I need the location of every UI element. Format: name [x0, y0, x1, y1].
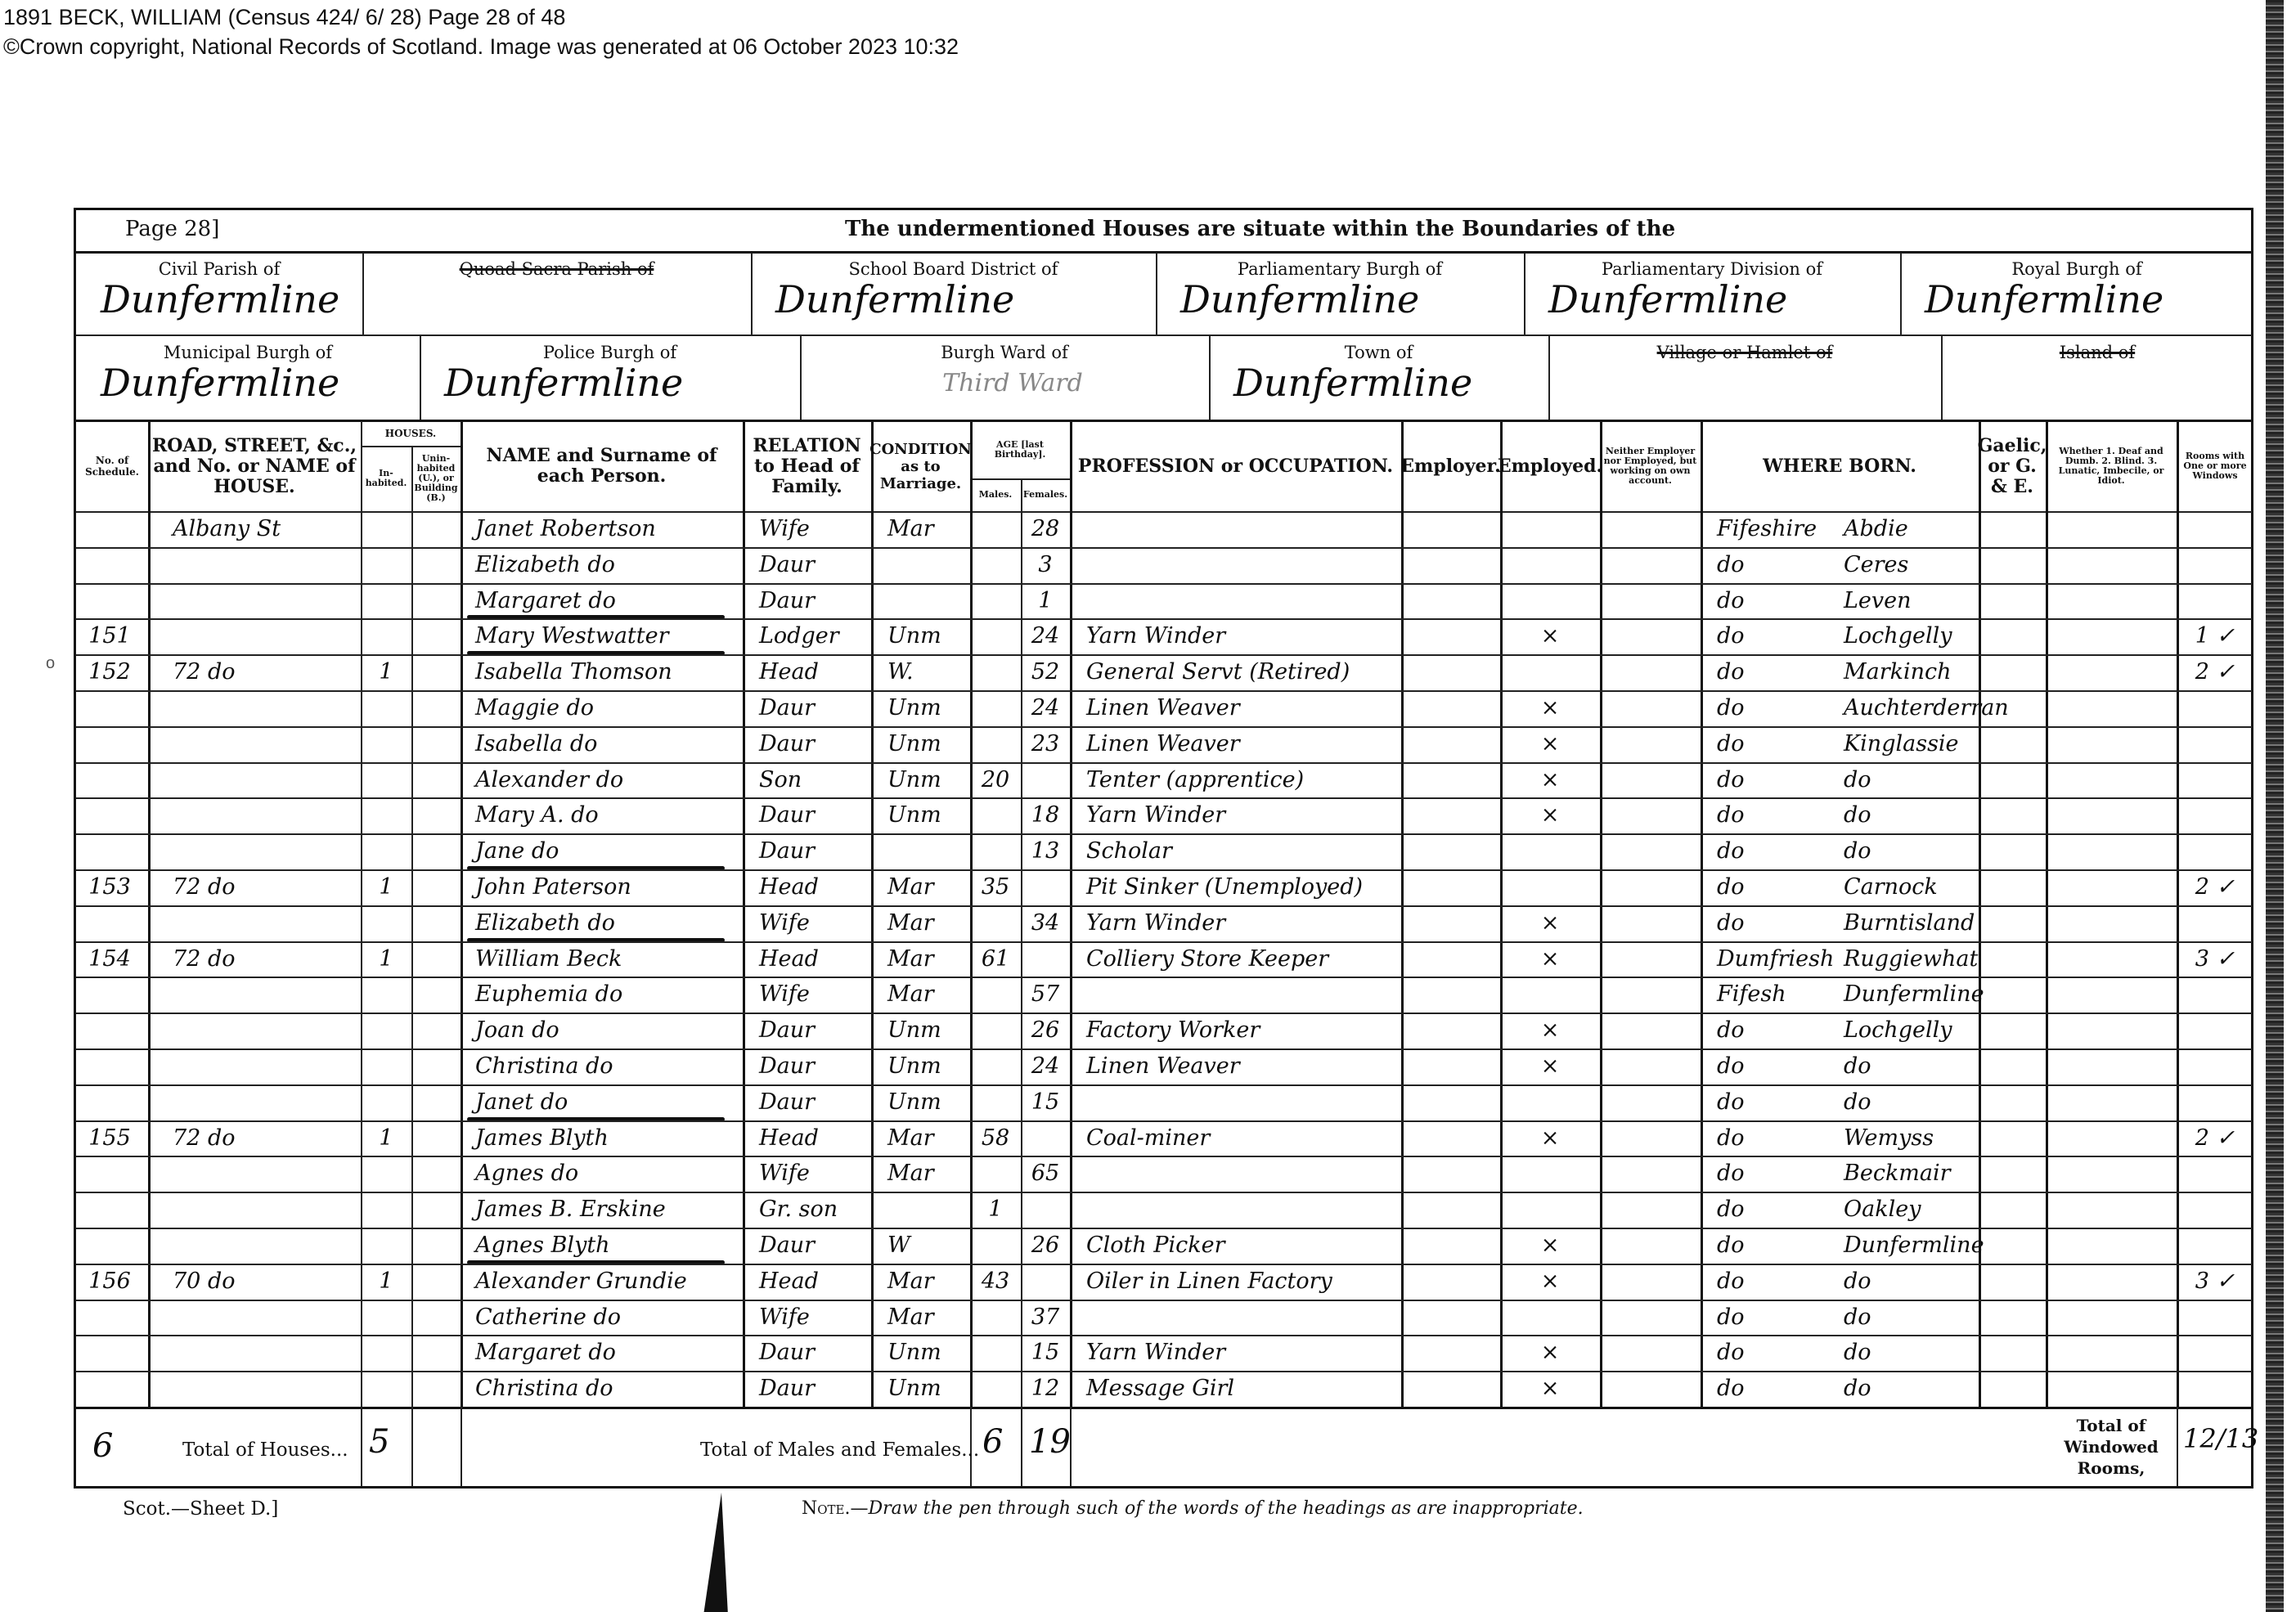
table-row: 15472 do1William BeckHeadMar61Colliery S…	[76, 941, 2252, 977]
boundary-label-0: Civil Parish of	[76, 259, 362, 279]
cell-female-age: 3	[1021, 547, 1070, 583]
cell-relation: Son	[759, 762, 879, 798]
row-rule	[76, 1156, 2252, 1157]
table-row: 15372 do1John PatersonHeadMar35Pit Sinke…	[76, 869, 2252, 905]
cell-born-parish: do	[1844, 1048, 1983, 1084]
row-rule	[76, 1048, 2252, 1050]
rule	[76, 335, 2252, 336]
column-header-road: ROAD, STREET, &c., and No. or NAME of HO…	[148, 421, 361, 511]
total-rooms: 12/13	[2183, 1423, 2258, 1454]
cell-relation: Daur	[759, 1084, 879, 1120]
boundary-label-5: Island of	[1941, 343, 2253, 362]
cell-road: 70 do	[173, 1264, 369, 1300]
cell-employed: ×	[1500, 1048, 1600, 1084]
row-rule	[76, 1228, 2252, 1229]
cell-born-county: Fifeshire	[1717, 511, 1840, 547]
page-label: Page 28]	[125, 217, 219, 241]
cell-female-age: 52	[1021, 654, 1070, 690]
cell-born-parish: Lochgelly	[1844, 618, 1983, 654]
column-divider	[148, 421, 151, 1407]
cell-female-age: 28	[1021, 511, 1070, 547]
cell-condition: Unm	[887, 690, 978, 726]
cell-relation: Gr. son	[759, 1192, 879, 1228]
column-header-relation: RELATION to Head of Family.	[743, 421, 871, 511]
table-row: Maggie doDaurUnm24Linen Weaver×doAuchter…	[76, 690, 2252, 726]
table-row: Christina doDaurUnm12Message Girl×dodo	[76, 1371, 2252, 1407]
cell-born-county: do	[1717, 1228, 1840, 1264]
cell-employed: ×	[1500, 905, 1600, 941]
sheet-label: Scot.—Sheet D.]	[123, 1498, 278, 1520]
row-rule	[76, 1300, 2252, 1301]
cell-condition: Unm	[887, 726, 978, 762]
cell-born-parish: Oakley	[1844, 1192, 1983, 1228]
cell-female-age: 18	[1021, 797, 1070, 833]
cell-occupation: Linen Weaver	[1086, 690, 1401, 726]
cell-relation: Daur	[759, 1228, 879, 1264]
column-divider	[411, 446, 413, 1407]
cell-born-parish: Wemyss	[1844, 1120, 1983, 1156]
cell-occupation: Factory Worker	[1086, 1013, 1401, 1048]
cell-name: Agnes Blyth	[475, 1228, 741, 1264]
cell-born-county: do	[1717, 1048, 1840, 1084]
cell-born-county: do	[1717, 654, 1840, 690]
column-header-name: NAME and Surname of each Person.	[461, 421, 743, 511]
cell-female-age: 24	[1021, 1048, 1070, 1084]
boundary-value-4: Dunfermline	[1548, 277, 1892, 321]
table-row: Agnes doWifeMar65doBeckmair	[76, 1156, 2252, 1192]
table-row: Mary A. doDaurUnm18Yarn Winder×dodo	[76, 797, 2252, 833]
table-row: Euphemia doWifeMar57FifeshDunfermline	[76, 977, 2252, 1013]
cell-relation: Daur	[759, 583, 879, 619]
cell-occupation: Linen Weaver	[1086, 726, 1401, 762]
table-row: Albany StJanet RobertsonWifeMar28Fifeshi…	[76, 511, 2252, 547]
cell-employed: ×	[1500, 726, 1600, 762]
cell-occupation: Message Girl	[1086, 1371, 1401, 1407]
cell-condition: Mar	[887, 1120, 978, 1156]
cell-name: Jane do	[475, 833, 741, 869]
note-text: Draw the pen through such of the words o…	[869, 1498, 1584, 1519]
cell-female-age: 23	[1021, 726, 1070, 762]
cell-condition: Mar	[887, 977, 978, 1013]
total-schedules: 6	[92, 1427, 113, 1465]
cell-name: Euphemia do	[475, 977, 741, 1013]
cell-born-county: do	[1717, 1192, 1840, 1228]
cell-rooms: 2 ✓	[2177, 654, 2253, 690]
cell-condition: W	[887, 1228, 978, 1264]
cell-name: Elizabeth do	[475, 547, 741, 583]
row-rule	[76, 833, 2252, 835]
cell-occupation: Yarn Winder	[1086, 797, 1401, 833]
column-divider	[361, 1407, 362, 1486]
table-row: Joan doDaurUnm26Factory Worker×doLochgel…	[76, 1013, 2252, 1048]
column-divider	[970, 421, 973, 1407]
cell-condition: Unm	[887, 618, 978, 654]
table-row: Jane doDaur13Scholardodo	[76, 833, 2252, 869]
cell-employed: ×	[1500, 1335, 1600, 1371]
document-title: 1891 BECK, WILLIAM (Census 424/ 6/ 28) P…	[3, 3, 565, 31]
row-rule	[76, 797, 2252, 799]
boundary-label-4: Parliamentary Division of	[1524, 259, 1900, 279]
cell-born-county: Fifesh	[1717, 977, 1840, 1013]
column-divider	[2177, 421, 2179, 1407]
boundary-value-2: Dunfermline	[775, 277, 1148, 321]
column-divider	[871, 421, 874, 1407]
cell-rooms: 1 ✓	[2177, 618, 2253, 654]
cell-relation: Daur	[759, 547, 879, 583]
cell-relation: Daur	[759, 833, 879, 869]
cell-name: Alexander Grundie	[475, 1264, 741, 1300]
cell-occupation: Yarn Winder	[1086, 1335, 1401, 1371]
cell-relation: Daur	[759, 1371, 879, 1407]
cell-name: Christina do	[475, 1371, 741, 1407]
row-rule	[76, 762, 2252, 764]
column-divider	[1979, 421, 1981, 1407]
rule	[76, 1407, 2252, 1409]
cell-name: Janet do	[475, 1084, 741, 1120]
cell-name: Janet Robertson	[475, 511, 741, 547]
row-rule	[76, 690, 2252, 692]
cell-relation: Head	[759, 941, 879, 977]
cell-employed: ×	[1500, 762, 1600, 798]
total-persons-label: Total of Males and Females...	[700, 1439, 979, 1461]
table-row: Agnes BlythDaurW26Cloth Picker×doDunferm…	[76, 1228, 2252, 1264]
cell-employed: ×	[1500, 1120, 1600, 1156]
cell-name: Mary Westwatter	[475, 618, 741, 654]
column-header-where_born: WHERE BORN.	[1701, 421, 1979, 511]
cell-condition: Mar	[887, 905, 978, 941]
cell-born-parish: Leven	[1844, 583, 1983, 619]
cell-rooms: 3 ✓	[2177, 941, 2253, 977]
cell-born-county: do	[1717, 905, 1840, 941]
cell-employed: ×	[1500, 1371, 1600, 1407]
cell-condition: Mar	[887, 941, 978, 977]
cell-born-parish: Kinglassie	[1844, 726, 1983, 762]
cell-occupation: Cloth Picker	[1086, 1228, 1401, 1264]
cell-name: William Beck	[475, 941, 741, 977]
cell-female-age: 57	[1021, 977, 1070, 1013]
total-houses-label: Total of Houses...	[182, 1439, 348, 1461]
cell-name: Elizabeth do	[475, 905, 741, 941]
cell-born-parish: do	[1844, 1371, 1983, 1407]
boundary-label-2: Burgh Ward of	[800, 343, 1209, 362]
column-header-rooms: Rooms with One or more Windows	[2177, 421, 2253, 511]
row-rule	[76, 1013, 2252, 1014]
column-divider	[1701, 421, 1703, 1407]
row-rule	[76, 869, 2252, 871]
cell-born-county: do	[1717, 1084, 1840, 1120]
row-rule	[76, 1335, 2252, 1336]
table-row: 151Mary WestwatterLodgerUnm24Yarn Winder…	[76, 618, 2252, 654]
cell-condition: Unm	[887, 1048, 978, 1084]
cell-born-parish: do	[1844, 762, 1983, 798]
cell-inhabited: 1	[361, 869, 411, 905]
table-row: Alexander doSonUnm20Tenter (apprentice)×…	[76, 762, 2252, 798]
row-rule	[76, 1120, 2252, 1122]
cell-name: James B. Erskine	[475, 1192, 741, 1228]
column-divider	[1021, 1407, 1022, 1486]
row-rule	[76, 977, 2252, 978]
boundary-label-5: Royal Burgh of	[1900, 259, 2253, 279]
column-divider	[743, 421, 745, 1407]
cell-born-county: do	[1717, 547, 1840, 583]
cell-condition: Mar	[887, 1264, 978, 1300]
boundary-label-1: Police Burgh of	[420, 343, 800, 362]
cell-born-county: do	[1717, 1335, 1840, 1371]
cell-born-county: do	[1717, 797, 1840, 833]
table-row: Christina doDaurUnm24Linen Weaver×dodo	[76, 1048, 2252, 1084]
column-header-occupation: PROFESSION or OCCUPATION.	[1070, 421, 1401, 511]
table-row: Elizabeth doDaur3doCeres	[76, 547, 2252, 583]
cell-condition: Unm	[887, 1371, 978, 1407]
cell-born-parish: Lochgelly	[1844, 1013, 1983, 1048]
cell-born-parish: do	[1844, 797, 1983, 833]
column-header-condition: CONDITION as to Marriage.	[871, 421, 970, 511]
cell-inhabited: 1	[361, 1264, 411, 1300]
cell-name: Isabella do	[475, 726, 741, 762]
column-header-age: AGE [last Birthday].	[970, 421, 1070, 478]
cell-condition: Unm	[887, 797, 978, 833]
cell-born-county: do	[1717, 762, 1840, 798]
boundary-value-1: Dunfermline	[444, 361, 792, 405]
copyright-notice: ©Crown copyright, National Records of Sc…	[3, 33, 959, 61]
column-header-males: Males.	[970, 478, 1021, 511]
form-title: The undermentioned Houses are situate wi…	[845, 217, 1675, 241]
column-header-females: Females.	[1021, 478, 1070, 511]
row-rule	[76, 1371, 2252, 1372]
row-rule	[76, 1084, 2252, 1086]
cell-female-age: 1	[1021, 583, 1070, 619]
cell-born-parish: do	[1844, 1264, 1983, 1300]
column-divider	[1401, 421, 1404, 1407]
boundary-value-5: Dunfermline	[1925, 277, 2245, 321]
column-header-houses: HOUSES.	[361, 421, 461, 446]
cell-born-county: do	[1717, 1156, 1840, 1192]
cell-female-age: 12	[1021, 1371, 1070, 1407]
total-rooms-label: Total of Windowed Rooms,	[2062, 1415, 2160, 1479]
cell-road: 72 do	[173, 1120, 369, 1156]
cell-female-age: 24	[1021, 690, 1070, 726]
column-divider	[461, 421, 463, 1407]
cell-born-county: do	[1717, 833, 1840, 869]
boundary-label-0: Municipal Burgh of	[76, 343, 420, 362]
column-header-schedule: No. of Schedule.	[76, 421, 148, 511]
cell-male-age: 58	[970, 1120, 1021, 1156]
note-lead: Note.—	[802, 1498, 869, 1519]
cell-employed: ×	[1500, 618, 1600, 654]
rule	[970, 478, 1070, 480]
cell-occupation: Linen Weaver	[1086, 1048, 1401, 1084]
row-rule	[76, 905, 2252, 907]
cell-relation: Daur	[759, 1013, 879, 1048]
column-divider	[2177, 1407, 2178, 1486]
cell-name: Agnes do	[475, 1156, 741, 1192]
cell-rooms: 2 ✓	[2177, 1120, 2253, 1156]
cell-born-county: do	[1717, 618, 1840, 654]
column-divider	[461, 1407, 462, 1486]
cell-occupation: Scholar	[1086, 833, 1401, 869]
total-males: 6	[982, 1423, 1003, 1461]
cell-occupation: Colliery Store Keeper	[1086, 941, 1401, 977]
rule	[76, 251, 2252, 254]
cell-born-county: do	[1717, 869, 1840, 905]
cell-relation: Wife	[759, 977, 879, 1013]
cell-born-county: do	[1717, 1264, 1840, 1300]
cell-relation: Daur	[759, 1335, 879, 1371]
row-rule	[76, 618, 2252, 620]
boundary-label-3: Town of	[1209, 343, 1548, 362]
cell-born-parish: Ceres	[1844, 547, 1983, 583]
cell-female-age: 65	[1021, 1156, 1070, 1192]
boundary-value-0: Dunfermline	[101, 361, 411, 405]
cell-name: Alexander do	[475, 762, 741, 798]
cell-occupation: Yarn Winder	[1086, 618, 1401, 654]
column-header-infirmity: Whether 1. Deaf and Dumb. 2. Blind. 3. L…	[2046, 421, 2177, 511]
cell-born-parish: Auchterderran	[1844, 690, 1983, 726]
cell-schedule: 152	[76, 654, 143, 690]
cell-relation: Daur	[759, 1048, 879, 1084]
table-row: Margaret doDaurUnm15Yarn Winder×dodo	[76, 1335, 2252, 1371]
cell-name: Christina do	[475, 1048, 741, 1084]
row-rule	[76, 1192, 2252, 1193]
row-rule	[76, 583, 2252, 585]
cell-road: 72 do	[173, 941, 369, 977]
cell-schedule: 154	[76, 941, 143, 977]
column-header-inhabited: In-habited.	[361, 446, 411, 511]
cell-road: Albany St	[173, 511, 369, 547]
table-row: Catherine doWifeMar37dodo	[76, 1300, 2252, 1336]
cell-name: John Paterson	[475, 869, 741, 905]
row-rule	[76, 726, 2252, 728]
cell-name: Mary A. do	[475, 797, 741, 833]
column-divider	[1600, 421, 1602, 1407]
cell-inhabited: 1	[361, 941, 411, 977]
cell-born-parish: Beckmair	[1844, 1156, 1983, 1192]
cell-female-age: 34	[1021, 905, 1070, 941]
cell-condition: Mar	[887, 511, 978, 547]
cell-female-age: 37	[1021, 1300, 1070, 1336]
cell-condition: Unm	[887, 1335, 978, 1371]
cell-relation: Daur	[759, 797, 879, 833]
scan-mark: o	[46, 654, 55, 673]
census-form: Page 28] The undermentioned Houses are s…	[74, 208, 2253, 1489]
cell-born-county: do	[1717, 583, 1840, 619]
cell-born-parish: Carnock	[1844, 869, 1983, 905]
cell-male-age: 61	[970, 941, 1021, 977]
cell-relation: Lodger	[759, 618, 879, 654]
cell-occupation: Pit Sinker (Unemployed)	[1086, 869, 1401, 905]
cell-male-age: 35	[970, 869, 1021, 905]
cell-condition: Unm	[887, 1084, 978, 1120]
cell-born-county: do	[1717, 1013, 1840, 1048]
cell-condition: Unm	[887, 762, 978, 798]
total-houses: 5	[369, 1423, 389, 1461]
cell-employed: ×	[1500, 941, 1600, 977]
cell-name: Margaret do	[475, 583, 741, 619]
cell-name: Catherine do	[475, 1300, 741, 1336]
cell-born-parish: Ruggiewhat	[1844, 941, 1983, 977]
cell-rooms: 3 ✓	[2177, 1264, 2253, 1300]
cell-born-parish: Abdie	[1844, 511, 1983, 547]
cell-relation: Head	[759, 654, 879, 690]
cell-female-age: 13	[1021, 833, 1070, 869]
cell-male-age: 20	[970, 762, 1021, 798]
cell-male-age: 1	[970, 1192, 1021, 1228]
row-rule	[76, 547, 2252, 549]
cell-condition: Unm	[887, 1013, 978, 1048]
cell-born-county: do	[1717, 726, 1840, 762]
cell-relation: Wife	[759, 511, 879, 547]
cell-female-age: 26	[1021, 1228, 1070, 1264]
cell-relation: Head	[759, 1264, 879, 1300]
column-divider	[411, 1407, 413, 1486]
cell-born-county: Dumfriesh	[1717, 941, 1840, 977]
cell-name: Isabella Thomson	[475, 654, 741, 690]
cell-condition: Mar	[887, 869, 978, 905]
cell-employed: ×	[1500, 797, 1600, 833]
boundary-label-4: Village or Hamlet of	[1548, 343, 1941, 362]
table-row: Janet doDaurUnm15dodo	[76, 1084, 2252, 1120]
cell-born-county: do	[1717, 1300, 1840, 1336]
cell-name: Margaret do	[475, 1335, 741, 1371]
cell-female-age: 15	[1021, 1084, 1070, 1120]
table-row: Isabella doDaurUnm23Linen Weaver×doKingl…	[76, 726, 2252, 762]
cell-name: Maggie do	[475, 690, 741, 726]
boundary-value-3: Dunfermline	[1233, 361, 1540, 405]
cell-road: 72 do	[173, 654, 369, 690]
row-rule	[76, 941, 2252, 943]
total-females: 19	[1029, 1423, 1071, 1461]
cell-rooms: 2 ✓	[2177, 869, 2253, 905]
cell-schedule: 153	[76, 869, 143, 905]
cell-relation: Head	[759, 1120, 879, 1156]
scan-edge	[2266, 0, 2284, 1612]
row-rule	[76, 654, 2252, 656]
cell-occupation: Yarn Winder	[1086, 905, 1401, 941]
cell-schedule: 151	[76, 618, 143, 654]
rule	[361, 446, 461, 447]
column-header-gaelic: Gaelic, or G. & E.	[1979, 421, 2046, 511]
table-row: Elizabeth doWifeMar34Yarn Winder×doBurnt…	[76, 905, 2252, 941]
table-row: 15572 do1James BlythHeadMar58Coal-miner×…	[76, 1120, 2252, 1156]
footer-note: Note.—Draw the pen through such of the w…	[802, 1498, 1584, 1519]
cell-female-age: 26	[1021, 1013, 1070, 1048]
cell-male-age: 43	[970, 1264, 1021, 1300]
cell-born-parish: do	[1844, 833, 1983, 869]
table-row: 15272 do1Isabella ThomsonHeadW.52General…	[76, 654, 2252, 690]
cell-relation: Wife	[759, 1300, 879, 1336]
cell-relation: Wife	[759, 1156, 879, 1192]
cell-relation: Daur	[759, 726, 879, 762]
table-row: James B. ErskineGr. son1doOakley	[76, 1192, 2252, 1228]
cell-relation: Head	[759, 869, 879, 905]
column-divider	[1500, 421, 1503, 1407]
cell-occupation: Coal-miner	[1086, 1120, 1401, 1156]
boundary-label-1: Quoad Sacra Parish of	[362, 259, 751, 279]
column-header-uninhabited: Unin-habited (U.), or Building (B.)	[411, 446, 461, 511]
cell-relation: Daur	[759, 690, 879, 726]
cell-schedule: 155	[76, 1120, 143, 1156]
boundary-label-2: School Board District of	[751, 259, 1156, 279]
binding-shadow	[703, 1493, 728, 1612]
column-divider	[2046, 421, 2048, 1407]
cell-inhabited: 1	[361, 1120, 411, 1156]
cell-condition: W.	[887, 654, 978, 690]
cell-female-age: 15	[1021, 1335, 1070, 1371]
cell-schedule: 156	[76, 1264, 143, 1300]
boundary-label-3: Parliamentary Burgh of	[1156, 259, 1524, 279]
cell-born-county: do	[1717, 690, 1840, 726]
cell-occupation: General Servt (Retired)	[1086, 654, 1401, 690]
